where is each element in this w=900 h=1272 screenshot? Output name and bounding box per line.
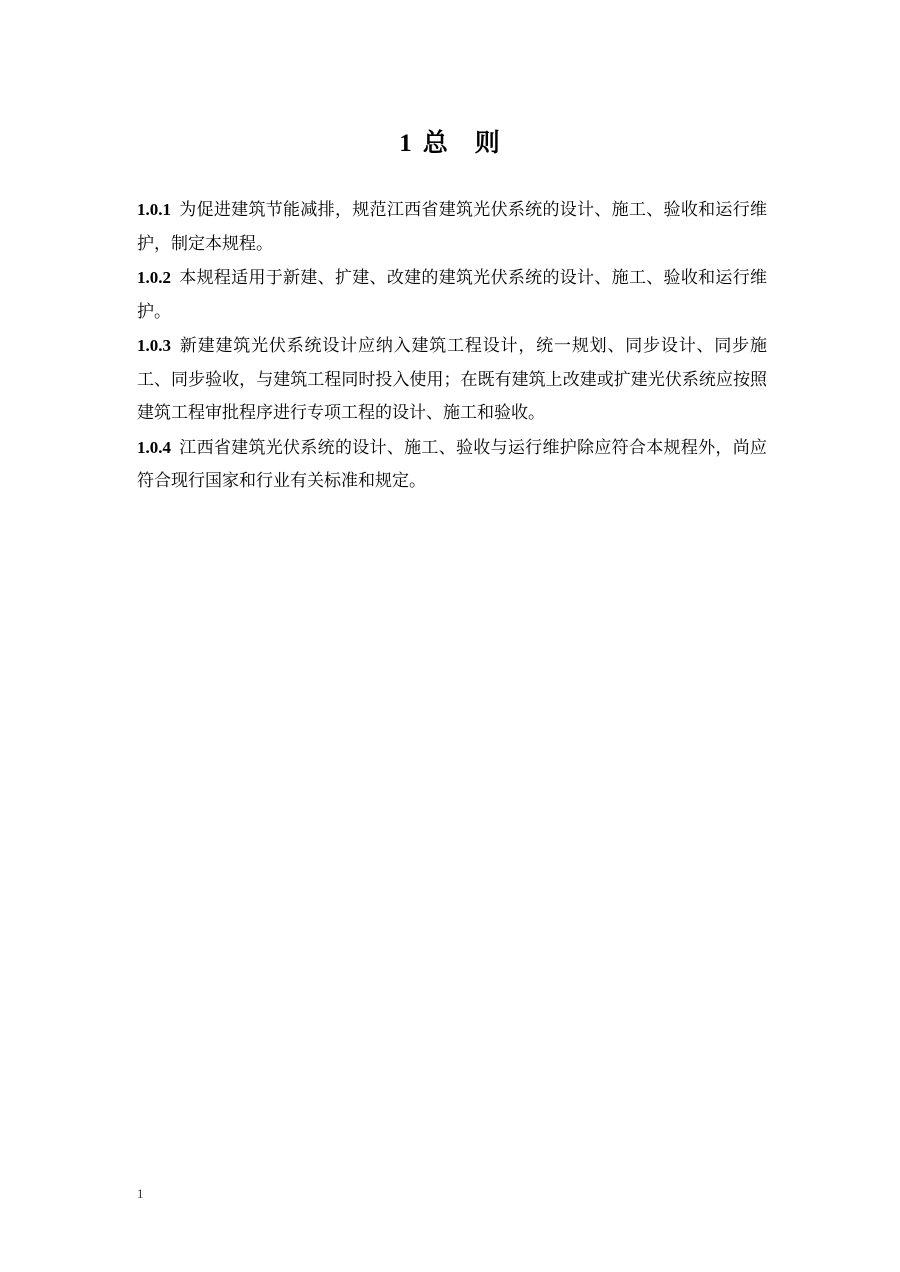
clause-1-0-3: 1.0.3新建建筑光伏系统设计应纳入建筑工程设计，统一规划、同步设计、同步施工、… (137, 329, 767, 431)
clause-1-0-2: 1.0.2本规程适用于新建、扩建、改建的建筑光伏系统的设计、施工、验收和运行维护… (137, 261, 767, 329)
clause-number: 1.0.3 (137, 336, 171, 355)
clause-1-0-1: 1.0.1为促进建筑节能减排，规范江西省建筑光伏系统的设计、施工、验收和运行维护… (137, 193, 767, 261)
clause-text: 新建建筑光伏系统设计应纳入建筑工程设计，统一规划、同步设计、同步施工、同步验收，… (137, 336, 767, 423)
clause-number: 1.0.2 (137, 268, 171, 287)
chapter-number: 1 (399, 130, 413, 157)
clause-1-0-4: 1.0.4江西省建筑光伏系统的设计、施工、验收与运行维护除应符合本规程外，尚应符… (137, 431, 767, 499)
chapter-title-part2: 则 (475, 128, 501, 157)
chapter-title: 1总则 (0, 125, 900, 162)
chapter-title-part1: 总 (423, 128, 449, 157)
clause-number: 1.0.1 (137, 200, 171, 219)
clause-number: 1.0.4 (137, 438, 171, 457)
page-number: 1 (137, 1186, 144, 1202)
clause-text: 本规程适用于新建、扩建、改建的建筑光伏系统的设计、施工、验收和运行维护。 (137, 268, 767, 322)
clause-text: 为促进建筑节能减排，规范江西省建筑光伏系统的设计、施工、验收和运行维护，制定本规… (137, 200, 767, 254)
clause-text: 江西省建筑光伏系统的设计、施工、验收与运行维护除应符合本规程外，尚应符合现行国家… (137, 438, 767, 492)
document-body: 1.0.1为促进建筑节能减排，规范江西省建筑光伏系统的设计、施工、验收和运行维护… (137, 193, 767, 499)
